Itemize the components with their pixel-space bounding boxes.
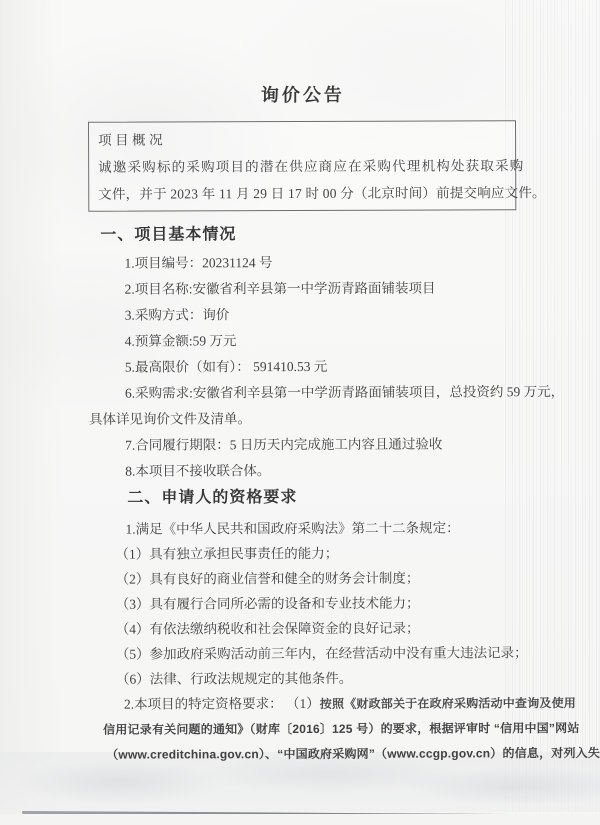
page-title: 询价公告 [88, 83, 518, 108]
item-project-name: 2.项目名称:安徽省利辛县第一中学沥青路面铺装项目 [89, 275, 519, 303]
overview-text-line-2: 文件，并于 2023 年 11 月 29 日 17 时 00 分（北京时间）前提… [98, 179, 505, 207]
item-tax-social-security: （4）有依法缴纳税收和社会保障资金的良好记录； [90, 615, 520, 642]
section-heading-qualification: 二、申请人的资格要求 [127, 487, 519, 508]
item-no-major-violation: （5）参加政府采购活动前三年内，在经营活动中没有重大违法记录； [90, 640, 520, 667]
item-contract-period: 7.合同履行期限：5 日历天内完成施工内容且通过验收 [89, 431, 519, 459]
item-procurement-demand: 6.采购需求:安徽省利辛县第一中学沥青路面铺装项目，总投资约 59 万元， [89, 379, 519, 407]
item-max-price: 5.最高限价（如有）： 591410.53 元 [89, 353, 519, 381]
overview-heading: 项目概况 [98, 125, 505, 153]
item-civil-liability: （1）具有独立承担民事责任的能力； [89, 540, 519, 567]
item-no-consortium: 8.本项目不接收联合体。 [89, 457, 519, 485]
project-overview-box: 项目概况 诚邀采购标的采购项目的潜在供应商应在采购代理机构处获取采购 文件，并于… [88, 120, 516, 211]
document-content: 询价公告 项目概况 诚邀采购标的采购项目的潜在供应商应在采购代理机构处获取采购 … [88, 0, 521, 768]
specific-requirement-line-2: 信用记录有关问题的通知》（财库〔2016〕125 号）的要求，根据评审时 “信用… [90, 716, 520, 743]
overview-text-line-1: 诚邀采购标的采购项目的潜在供应商应在采购代理机构处获取采购 [98, 152, 505, 180]
section-heading-basic-info: 一、项目基本情况 [100, 224, 518, 245]
specific-requirement-line-3: （www.creditchina.gov.cn）、“中国政府采购网”（www.c… [90, 741, 520, 768]
item-law-article22: 1.满足《中华人民共和国政府采购法》第二十二条规定： [89, 515, 519, 542]
item-project-number: 1.项目编号：20231124 号 [88, 249, 518, 277]
specific-requirement-lead-rest: 按照《财政部关于在政府采购活动中查询及使用 [320, 696, 576, 711]
scanned-document-page: { "colors": { "paper": "#f7f7f6", "ink":… [0, 0, 600, 825]
item-equipment-capability: （3）具有履行合同所必需的设备和专业技术能力； [90, 590, 520, 617]
item-demand-continuation: 具体详见询价文件及清单。 [89, 405, 519, 433]
item-budget-amount: 4.预算金额:59 万元 [89, 327, 519, 355]
specific-requirement-lead: 2.本项目的特定资格要求： （1） [124, 696, 320, 712]
scanner-background [0, 814, 600, 825]
item-other-conditions: （6）法律、行政法规规定的其他条件。 [90, 665, 520, 692]
qualification-list: 1.满足《中华人民共和国政府采购法》第二十二条规定： （1）具有独立承担民事责任… [89, 515, 520, 691]
specific-qualification-paragraph: 2.本项目的特定资格要求： （1）按照《财政部关于在政府采购活动中查询及使用 信… [90, 690, 520, 768]
basic-info-list: 1.项目编号：20231124 号 2.项目名称:安徽省利辛县第一中学沥青路面铺… [88, 249, 519, 484]
specific-requirement-line-1: 2.本项目的特定资格要求： （1）按照《财政部关于在政府采购活动中查询及使用 [90, 690, 520, 718]
item-business-reputation: （2）具有良好的商业信誉和健全的财务会计制度； [90, 565, 520, 592]
item-procurement-method: 3.采购方式：询价 [89, 301, 519, 329]
